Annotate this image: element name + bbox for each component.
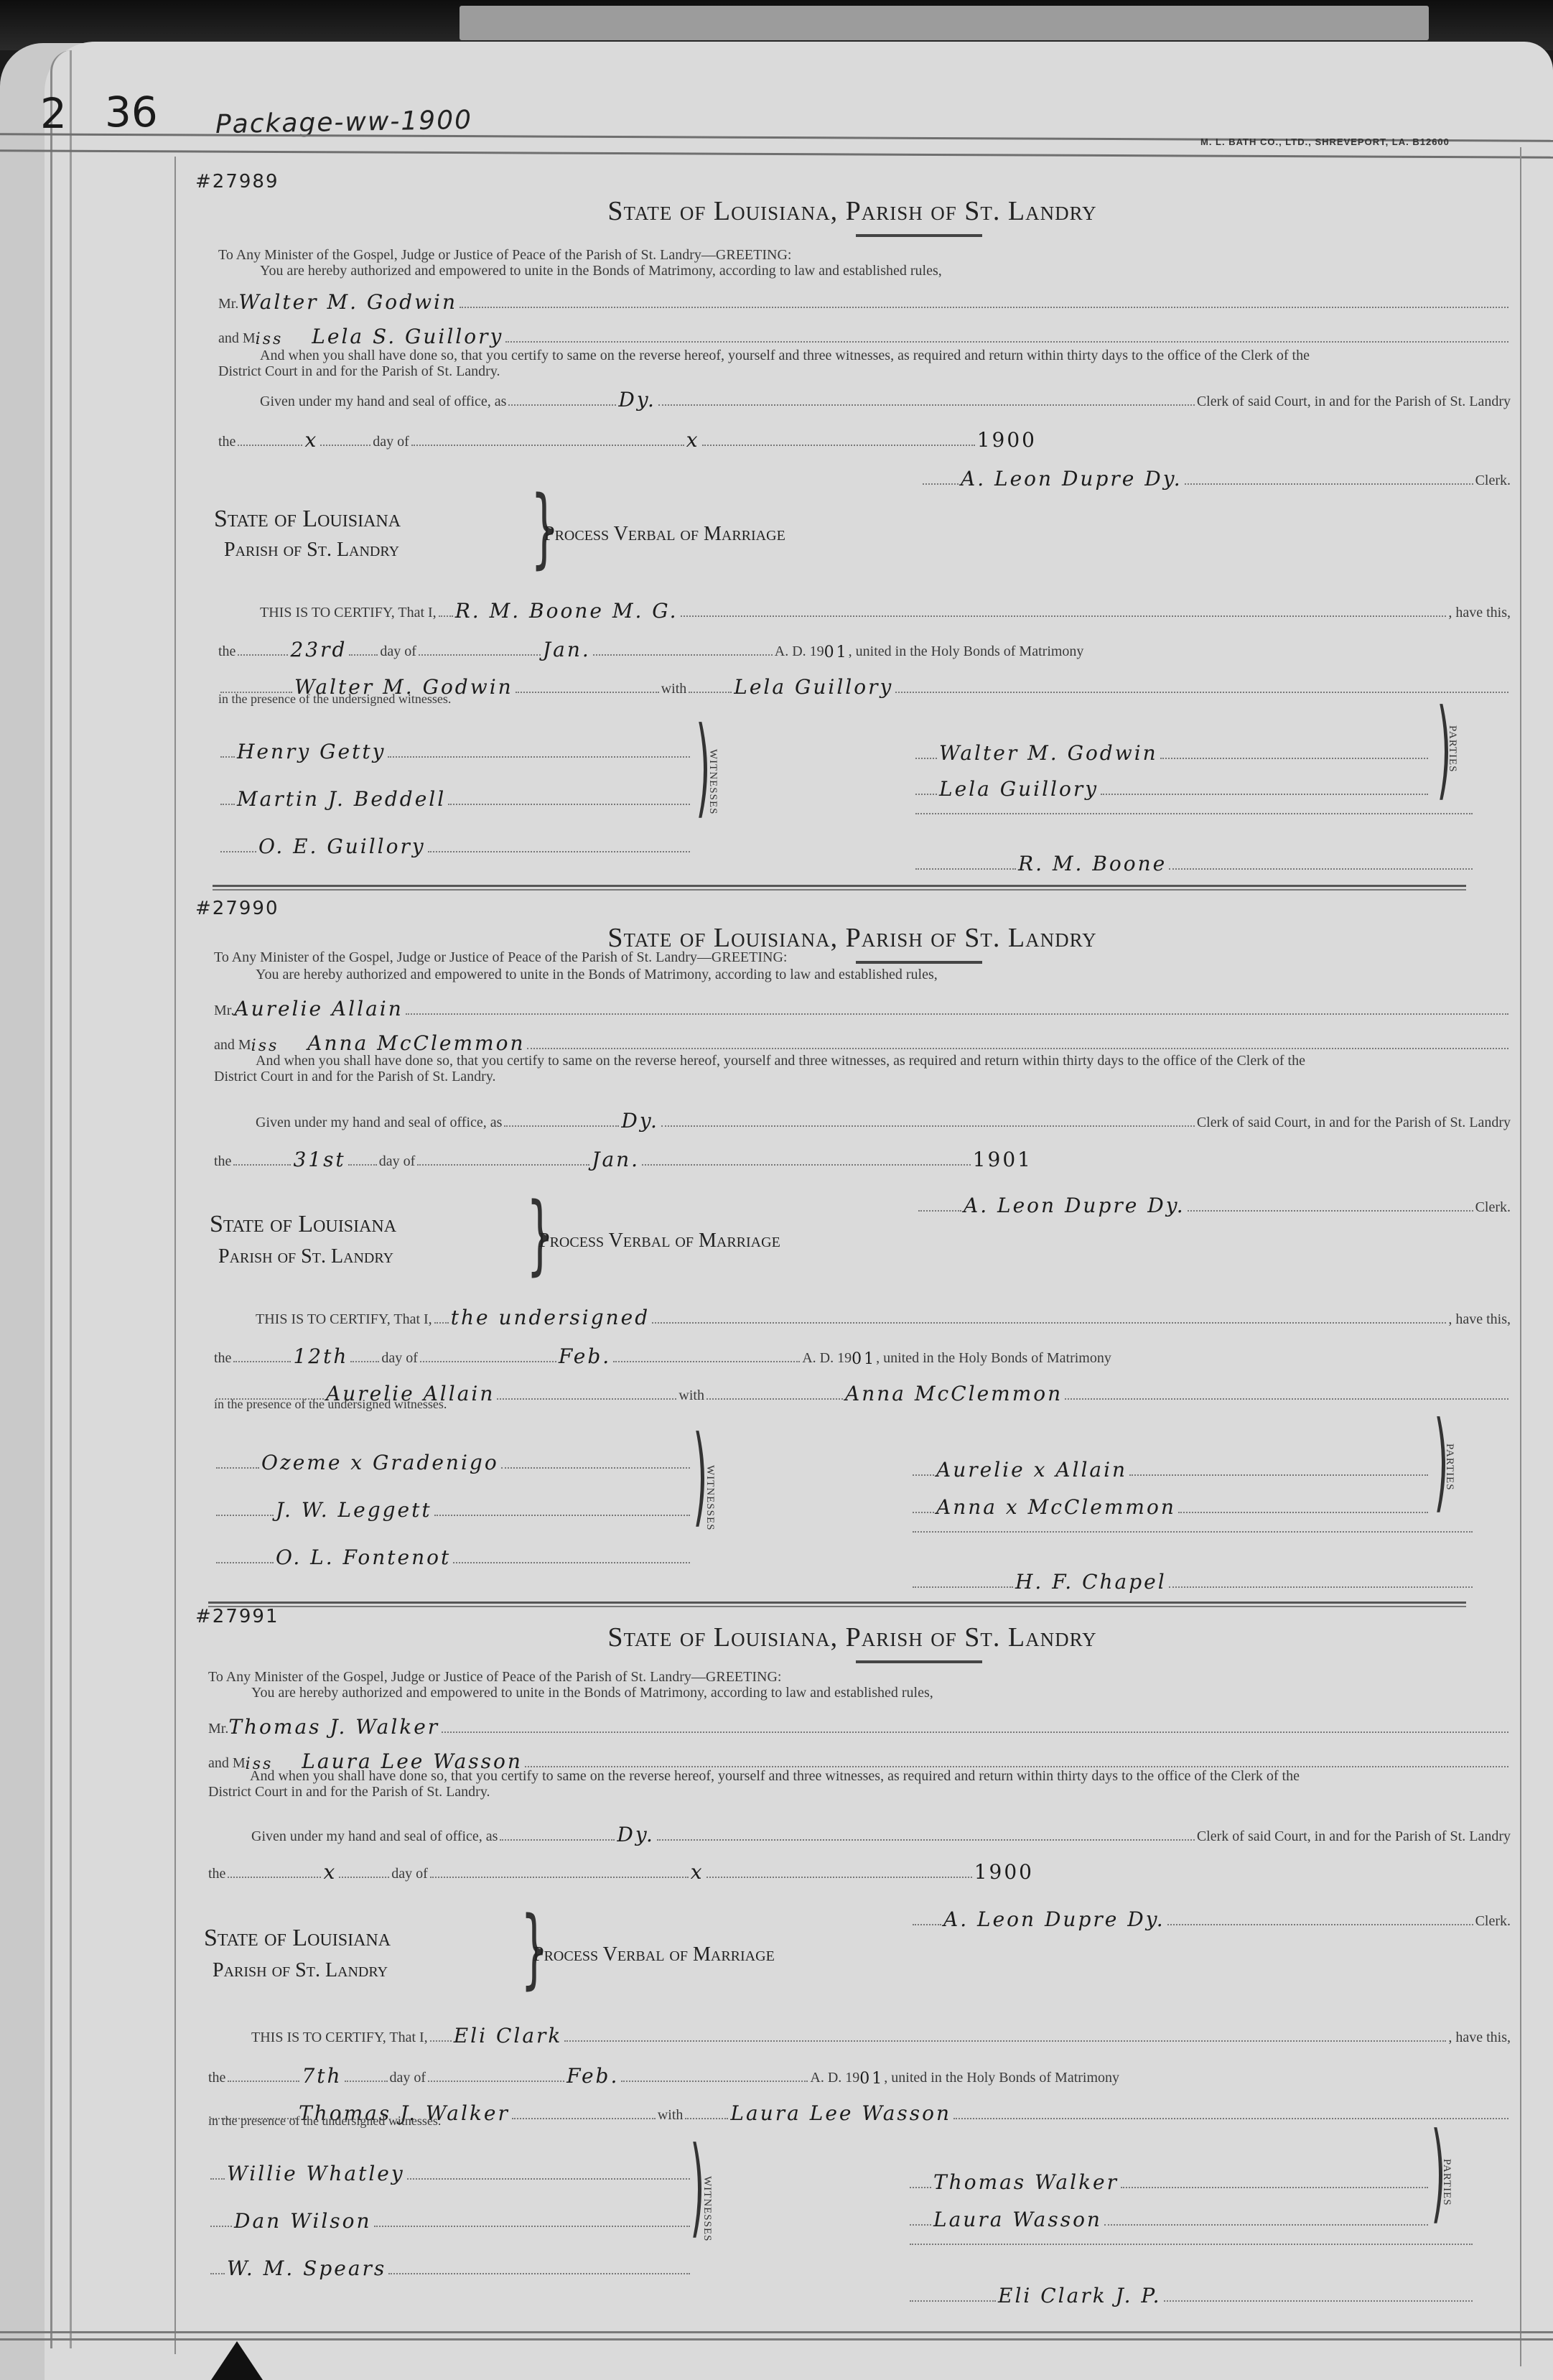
witness-line-2: J. W. Leggett [214, 1497, 692, 1520]
given-as-value: Dy. [621, 1109, 658, 1133]
officiant-name: the undersigned [451, 1306, 650, 1329]
presence-text: in the presence of the undersigned witne… [218, 691, 1511, 707]
license-day: 31st [293, 1148, 345, 1171]
presence-text: in the presence of the undersigned witne… [208, 2113, 1501, 2129]
right-margin-rule [1520, 147, 1521, 2366]
pv-state-heading: State of Louisiana [210, 1211, 396, 1238]
officiant-signature: R. M. Boone [1018, 852, 1167, 875]
certificate-separator [213, 885, 1466, 891]
clerk-signature-line: A. Leon Dupre Dy. Clerk. [910, 1906, 1511, 1930]
given-line: Given under my hand and seal of office, … [251, 1821, 1511, 1845]
license-date-line: the 31st day of Jan. 1901 [214, 1146, 1032, 1170]
page-binding-rail [50, 50, 72, 2348]
blank-line [908, 2244, 1475, 2249]
license-month: Jan. [592, 1148, 640, 1171]
officiant-line: THIS IS TO CERTIFY, That I, the undersig… [256, 1304, 1511, 1328]
return-clause: And when you shall have done so, that yo… [214, 1053, 1506, 1084]
witness-line-1: Henry Getty [218, 738, 692, 762]
title-underline [856, 961, 982, 964]
witnesses-label: WITNESSES [701, 2176, 713, 2242]
party-line-2: Laura Wasson [908, 2206, 1430, 2230]
certificate-title: State of Louisiana, Parish of St. Landry [188, 195, 1516, 227]
witness-name: J. W. Leggett [276, 1498, 432, 1522]
presence-text: in the presence of the undersigned witne… [214, 1396, 1506, 1412]
officiant-signature: Eli Clark J. P. [998, 2284, 1162, 2307]
given-line: Given under my hand and seal of office, … [260, 386, 1511, 410]
party-name: Laura Wasson [933, 2208, 1102, 2231]
witness-name: Willie Whatley [227, 2162, 405, 2185]
process-verbal-title: Process Verbal of Marriage [533, 1943, 775, 1966]
clerk-signature: A. Leon Dupre Dy. [961, 467, 1183, 491]
page-number: 36 [105, 88, 158, 136]
previous-page-edge [460, 6, 1429, 40]
marriage-date-line: the 12th day of Feb. A. D. 19 01 , unite… [214, 1343, 1219, 1367]
certificate-number: #27990 [195, 898, 279, 919]
license-year: 1901 [973, 1148, 1032, 1171]
certificate-3: #27991 State of Louisiana, Parish of St.… [188, 1606, 1516, 2317]
back-page-number: 2 [40, 89, 67, 138]
marriage-year-suffix: 01 [824, 643, 849, 661]
witnesses-label: WITNESSES [704, 1465, 716, 1531]
witness-name: Martin J. Beddell [237, 787, 446, 811]
clerk-signature: A. Leon Dupre Dy. [964, 1194, 1185, 1217]
marriage-month: Jan. [543, 638, 591, 661]
officiant-signature-line: Eli Clark J. P. [908, 2282, 1475, 2306]
certificate-title: State of Louisiana, Parish of St. Landry [188, 1622, 1516, 1653]
parties-label: PARTIES [1440, 2159, 1452, 2206]
authorization-text: You are hereby authorized and empowered … [251, 1685, 933, 1701]
party-name: Thomas Walker [933, 2170, 1119, 2194]
marriage-year-suffix: 01 [852, 1350, 876, 1368]
bride-name: Lela S. Guillory [312, 325, 503, 348]
authorization-text: You are hereby authorized and empowered … [260, 263, 942, 279]
witness-name: O. E. Guillory [258, 835, 426, 858]
marriage-month: Feb. [566, 2064, 619, 2088]
clerk-signature-line: A. Leon Dupre Dy. Clerk. [916, 1192, 1511, 1216]
title-underline [856, 1660, 982, 1663]
clerk-signature: A. Leon Dupre Dy. [943, 1907, 1165, 1931]
marriage-date-line: the 7th day of Feb. A. D. 19 01 , united… [208, 2063, 1213, 2086]
marriage-day: 7th [302, 2064, 342, 2088]
officiant-name: Eli Clark [454, 2024, 563, 2047]
witness-line-3: W. M. Spears [208, 2255, 692, 2279]
license-date-line: the x day of x 1900 [218, 427, 1037, 450]
pv-parish-heading: Parish of St. Landry [213, 1959, 388, 1982]
groom-name: Walter M. Godwin [238, 290, 457, 314]
certificate-1: #27989 State of Louisiana, Parish of St.… [188, 171, 1516, 882]
officiant-signature: H. F. Chapel [1015, 1570, 1167, 1594]
pv-state-heading: State of Louisiana [214, 506, 401, 533]
party-line-2: Lela Guillory [913, 776, 1430, 799]
officiant-line: THIS IS TO CERTIFY, That I, R. M. Boone … [260, 598, 1511, 621]
left-margin-rule [174, 157, 176, 2354]
license-date-line: the x day of x 1900 [208, 1859, 1034, 1882]
marriage-date-line: the 23rd day of Jan. A. D. 19 01 , unite… [218, 636, 1223, 660]
license-day: x [323, 1860, 337, 1884]
return-clause: And when you shall have done so, that yo… [208, 1768, 1501, 1800]
officiant-line: THIS IS TO CERTIFY, That I, Eli Clark , … [251, 2022, 1511, 2046]
party-name: Lela Guillory [939, 777, 1099, 801]
certificate-2: #27990 State of Louisiana, Parish of St.… [188, 898, 1516, 1609]
printer-imprint: M. L. BATH CO., LTD., SHREVEPORT, LA. B1… [1200, 136, 1450, 147]
party-name: Aurelie x Allain [936, 1458, 1127, 1482]
marriage-year-suffix: 01 [859, 2070, 884, 2088]
groom-name: Thomas J. Walker [228, 1715, 439, 1739]
marriage-month: Feb. [559, 1344, 611, 1368]
process-verbal-title: Process Verbal of Marriage [538, 1229, 780, 1252]
certificate-number: #27989 [195, 171, 279, 192]
parties-label: PARTIES [1443, 1444, 1455, 1491]
pv-parish-heading: Parish of St. Landry [224, 539, 399, 562]
witness-line-2: Dan Wilson [208, 2208, 692, 2231]
groom-line: Mr. Walter M. Godwin [218, 289, 1511, 312]
pv-state-heading: State of Louisiana [204, 1925, 391, 1952]
officiant-signature-line: H. F. Chapel [910, 1568, 1475, 1592]
witness-name: O. L. Fontenot [276, 1545, 451, 1569]
footer-rule-bottom [0, 2338, 1553, 2341]
officiant-name: R. M. Boone M. G. [455, 599, 678, 623]
given-as-value: Dy. [618, 388, 656, 412]
groom-name: Aurelie Allain [234, 997, 403, 1021]
witness-line-3: O. E. Guillory [218, 833, 692, 857]
witnesses-label: WITNESSES [706, 749, 719, 815]
bride-line: and M iss Lela S. Guillory [218, 323, 1511, 347]
groom-line: Mr. Aurelie Allain [214, 995, 1511, 1019]
witness-name: Henry Getty [237, 740, 386, 763]
pv-parish-heading: Parish of St. Landry [218, 1245, 393, 1268]
party-name: Walter M. Godwin [939, 741, 1158, 765]
marriage-day: 12th [293, 1344, 348, 1368]
witness-line-2: Martin J. Beddell [218, 786, 692, 809]
witness-line-3: O. L. Fontenot [214, 1544, 692, 1568]
party-line-1: Thomas Walker [908, 2169, 1430, 2193]
bride-line: and M iss Anna McClemmon [214, 1030, 1511, 1054]
return-clause: And when you shall have done so, that yo… [218, 348, 1511, 379]
authorization-text: You are hereby authorized and empowered … [256, 967, 938, 983]
groom-line: Mr. Thomas J. Walker [208, 1714, 1511, 1737]
blank-line [913, 813, 1475, 819]
footer-rule-top [0, 2331, 1553, 2333]
greeting-text: To Any Minister of the Gospel, Judge or … [214, 949, 787, 966]
license-year: 1900 [974, 1860, 1034, 1884]
marriage-day: 23rd [290, 638, 347, 661]
officiant-signature-line: R. M. Boone [913, 850, 1475, 874]
greeting-text: To Any Minister of the Gospel, Judge or … [208, 1669, 781, 1686]
witness-name: Dan Wilson [234, 2209, 372, 2233]
license-day: x [304, 428, 318, 452]
license-year: 1900 [977, 428, 1037, 452]
party-name: Anna x McClemmon [936, 1495, 1176, 1519]
license-month: x [686, 428, 700, 452]
greeting-text: To Any Minister of the Gospel, Judge or … [218, 247, 791, 264]
given-as-value: Dy. [617, 1823, 654, 1846]
party-line-2: Anna x McClemmon [910, 1494, 1430, 1517]
clerk-signature-line: A. Leon Dupre Dy. Clerk. [920, 465, 1511, 489]
process-verbal-title: Process Verbal of Marriage [544, 523, 785, 546]
witness-name: W. M. Spears [227, 2256, 386, 2280]
bride-name: Anna McClemmon [307, 1031, 525, 1055]
witness-line-1: Ozeme x Gradenigo [214, 1449, 692, 1473]
party-line-1: Aurelie x Allain [910, 1456, 1430, 1480]
given-line: Given under my hand and seal of office, … [256, 1107, 1511, 1131]
parties-label: PARTIES [1446, 725, 1458, 773]
witness-line-1: Willie Whatley [208, 2160, 692, 2184]
license-month: x [691, 1860, 704, 1884]
party-line-1: Walter M. Godwin [913, 740, 1430, 763]
blank-line [910, 1531, 1475, 1537]
title-underline [856, 234, 982, 237]
binder-clip-icon [208, 2341, 266, 2380]
witness-name: Ozeme x Gradenigo [261, 1451, 499, 1474]
